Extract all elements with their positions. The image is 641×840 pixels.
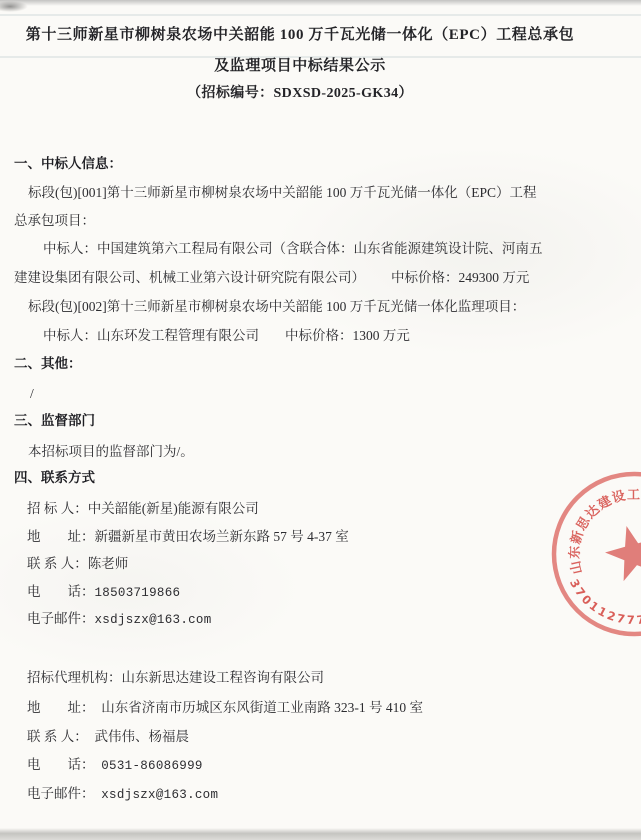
doc-title-line1: 第十三师新星市柳树泉农场中关韶能 100 万千瓦光储一体化（EPC）工程总承包 — [0, 26, 600, 45]
agency-person-value: 武伟伟、杨福晨 — [95, 729, 190, 744]
tender-number: （招标编号：SDXSD-2025-GK34） — [0, 84, 600, 103]
section4-heading: 四、联系方式 — [14, 468, 95, 487]
tenderer-name-row: 招 标 人：中关韶能(新星)能源有限公司 — [27, 499, 259, 518]
scan-smudge-top-left — [0, 1, 28, 12]
tenderer-person-row: 联 系 人：陈老师 — [27, 554, 128, 573]
agency-address-label: 地 址： — [27, 698, 101, 717]
tenderer-phone-value: 18503719866 — [95, 586, 181, 600]
agency-address-row: 地 址： 山东省济南市历城区东风街道工业南路 323-1 号 410 室 — [27, 698, 423, 717]
lot1-price: 中标价格：249300 万元 — [391, 270, 529, 285]
tenderer-address-row: 地 址：新疆新星市黄田农场兰新东路 57 号 4-37 室 — [27, 527, 349, 546]
agency-name-label: 招标代理机构： — [27, 668, 122, 687]
tenderer-name-value: 中关韶能(新星)能源有限公司 — [88, 501, 259, 516]
tenderer-email-value: xsdjszx@163.com — [95, 613, 212, 627]
section2-heading: 二、其他： — [14, 354, 82, 373]
tenderer-address-label: 地 址： — [27, 527, 95, 546]
agency-phone-row: 电 话： 0531-86086999 — [27, 755, 203, 774]
tenderer-email-row: 电子邮件：xsdjszx@163.com — [27, 609, 212, 628]
agency-email-row: 电子邮件： xsdjszx@163.com — [27, 784, 218, 803]
agency-person-label: 联 系 人： — [27, 727, 95, 746]
tenderer-address-value: 新疆新星市黄田农场兰新东路 57 号 4-37 室 — [95, 529, 349, 544]
lot2-title: 标段(包)[002]第十三师新星市柳树泉农场中关韶能 100 万千瓦光储一体化监… — [28, 297, 525, 316]
tenderer-email-label: 电子邮件： — [27, 609, 95, 628]
section1-heading: 一、中标人信息： — [14, 154, 122, 173]
section2-content: / — [30, 384, 34, 403]
agency-name-value: 山东新思达建设工程咨询有限公司 — [122, 670, 325, 685]
agency-phone-label: 电 话： — [27, 755, 101, 774]
section3-heading: 三、监督部门 — [14, 411, 95, 430]
lot2-price: 中标价格：1300 万元 — [285, 328, 410, 343]
seal-number-arc: 37011277768 — [567, 577, 641, 627]
tenderer-person-value: 陈老师 — [88, 556, 129, 571]
scan-edge-top — [0, 0, 641, 6]
tenderer-phone-label: 电 话： — [27, 582, 95, 601]
seal-star-icon — [600, 519, 641, 584]
scan-edge-bottom — [0, 828, 641, 840]
section3-content: 本招标项目的监督部门为/。 — [28, 442, 194, 461]
agency-person-row: 联 系 人： 武伟伟、杨福晨 — [27, 727, 189, 746]
lot2-winner-row: 中标人：山东环发工程管理有限公司中标价格：1300 万元 — [43, 326, 410, 345]
agency-email-label: 电子邮件： — [27, 784, 101, 803]
lot1-title-continuation: 总承包项目： — [14, 211, 95, 230]
agency-name-row: 招标代理机构：山东新思达建设工程咨询有限公司 — [27, 668, 324, 687]
scan-artifact-line — [0, 14, 641, 16]
agency-phone-value: 0531-86086999 — [101, 759, 202, 773]
tenderer-name-label: 招 标 人： — [27, 499, 88, 518]
doc-title-line2: 及监理项目中标结果公示 — [0, 57, 600, 76]
lot1-winner-continuation: 建建设集团有限公司、机械工业第六设计研究院有限公司）中标价格：249300 万元 — [14, 268, 529, 287]
company-seal-stamp: 山东新思达建设工程咨询有限公司 37011277768 — [514, 434, 641, 674]
agency-email-value: xsdjszx@163.com — [101, 788, 218, 802]
agency-address-value: 山东省济南市历城区东风街道工业南路 323-1 号 410 室 — [101, 700, 423, 715]
lot1-winner: 中标人：中国建筑第六工程局有限公司（含联合体：山东省能源建筑设计院、河南五 — [43, 239, 543, 258]
document-page: 第十三师新星市柳树泉农场中关韶能 100 万千瓦光储一体化（EPC）工程总承包 … — [0, 0, 641, 840]
tenderer-person-label: 联 系 人： — [27, 554, 88, 573]
lot1-title: 标段(包)[001]第十三师新星市柳树泉农场中关韶能 100 万千瓦光储一体化（… — [28, 183, 537, 202]
tenderer-phone-row: 电 话：18503719866 — [27, 582, 180, 601]
lot2-winner: 中标人：山东环发工程管理有限公司 — [43, 328, 259, 343]
lot1-winner-continuation-text: 建建设集团有限公司、机械工业第六设计研究院有限公司） — [14, 270, 365, 285]
